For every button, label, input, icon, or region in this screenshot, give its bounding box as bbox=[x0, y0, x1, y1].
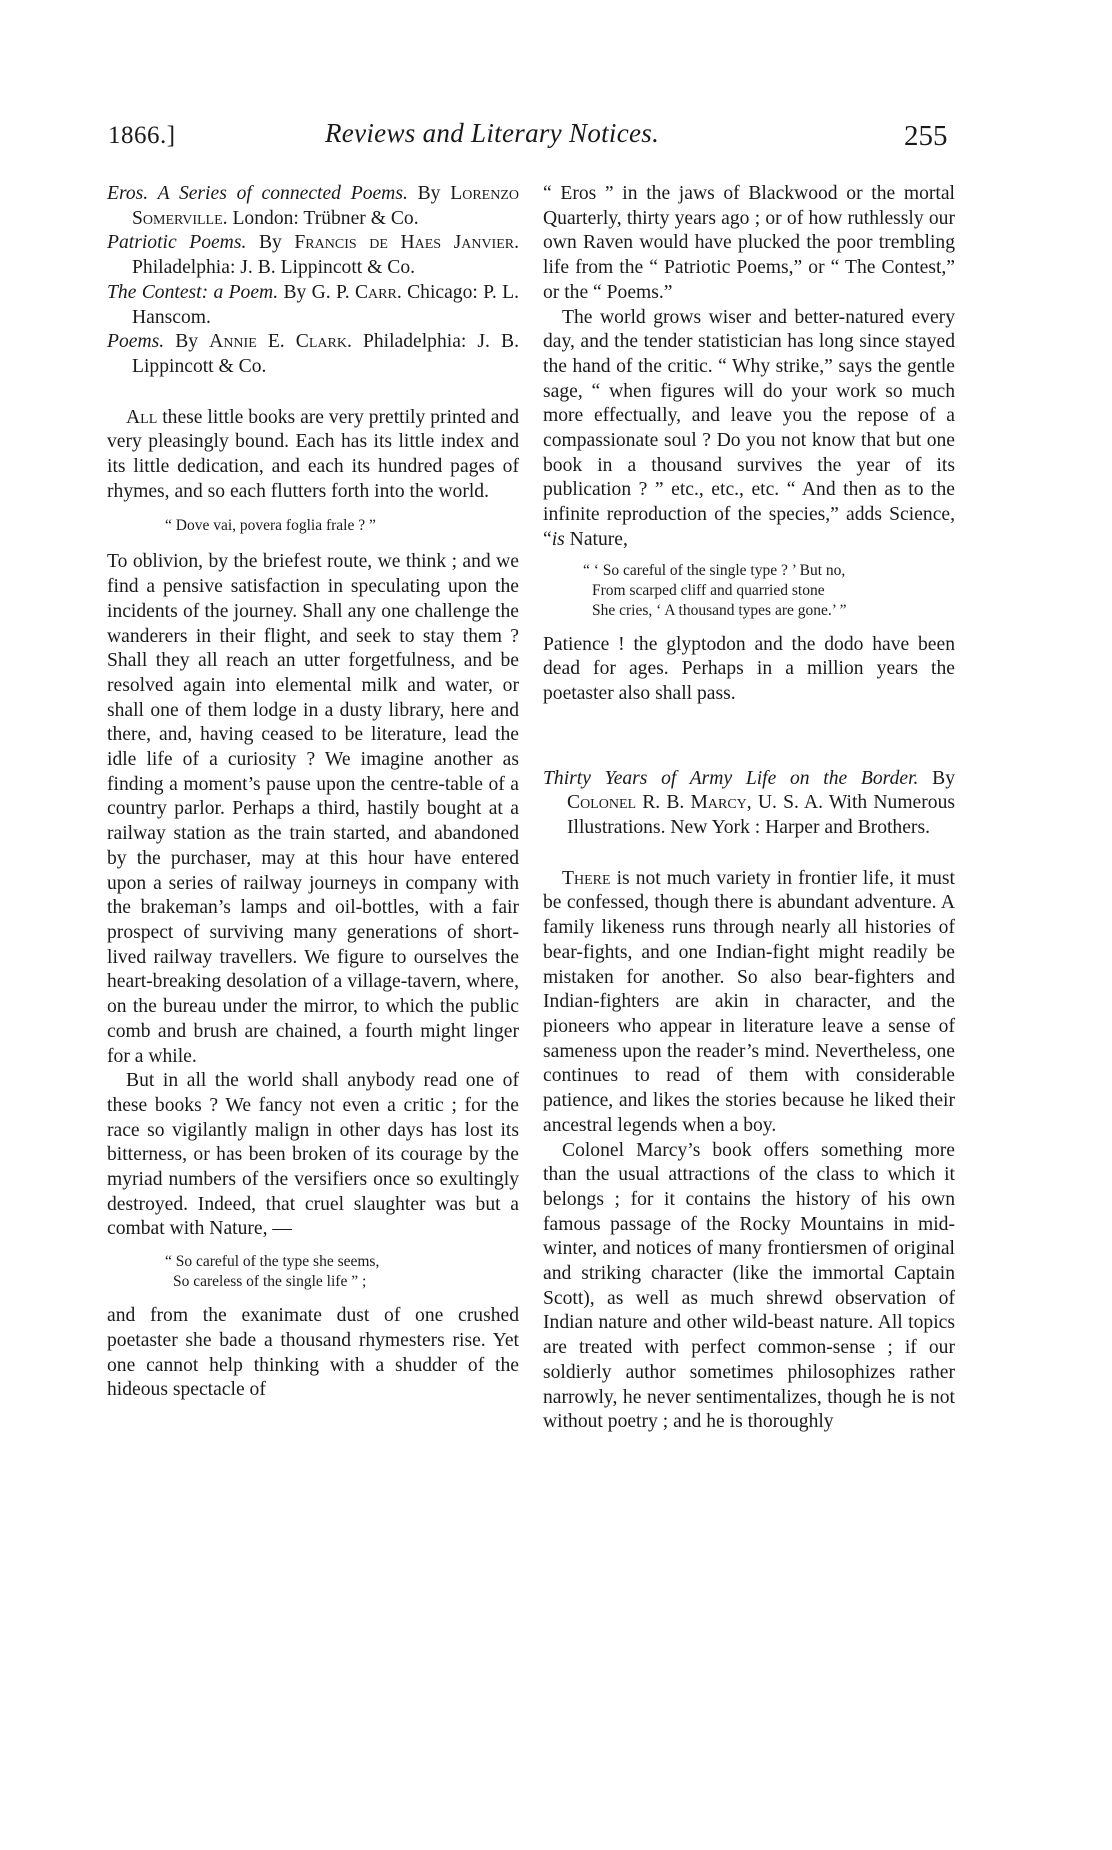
book-publisher: London: Trübner & Co. bbox=[232, 208, 418, 229]
book-author: Colonel R. B. Marcy, U. S. A. bbox=[567, 792, 823, 813]
book-author: Francis de Haes Janvier. bbox=[294, 232, 519, 253]
right-column: “ Eros ” in the jaws of Blackwood or the… bbox=[543, 182, 955, 1435]
verse-line: She cries, ‘ A thousand types are gone.’… bbox=[583, 601, 955, 621]
book-entry-patriotic-poems: Patriotic Poems. By Francis de Haes Janv… bbox=[107, 231, 519, 280]
book-title: Thirty Years of Army Life on the Border. bbox=[543, 768, 918, 789]
verse-line: So careless of the single life ” ; bbox=[165, 1272, 519, 1292]
book-publisher: Philadelphia: J. B. Lippincott & Co. bbox=[132, 257, 415, 278]
book-list: Eros. A Series of connected Poems. By Lo… bbox=[107, 182, 519, 380]
verse-line: “ ‘ So careful of the single type ? ’ Bu… bbox=[583, 561, 955, 581]
paragraph: But in all the world shall anybody read … bbox=[107, 1069, 519, 1242]
magazine-page: 1866.] Reviews and Literary Notices. 255… bbox=[0, 0, 1112, 1850]
epigraph: “ Dove vai, povera foglia frale ? ” bbox=[107, 516, 519, 536]
book-entry-thirty-years: Thirty Years of Army Life on the Border.… bbox=[543, 767, 955, 841]
book-entry-the-contest: The Contest: a Poem. By G. P. Carr. Chic… bbox=[107, 281, 519, 330]
spacer bbox=[543, 707, 955, 767]
book-title: The Contest: a Poem. bbox=[107, 282, 278, 303]
page-number: 255 bbox=[904, 120, 948, 153]
book-title: Poems. bbox=[107, 331, 164, 352]
paragraph: Patience ! the glyptodon and the dodo ha… bbox=[543, 633, 955, 707]
paragraph: Colonel Marcy’s book offers something mo… bbox=[543, 1139, 955, 1435]
book-author: Annie E. Clark. bbox=[209, 331, 352, 352]
paragraph: To oblivion, by the briefest route, we t… bbox=[107, 550, 519, 1069]
book-entry-eros: Eros. A Series of connected Poems. By Lo… bbox=[107, 182, 519, 231]
left-column: Eros. A Series of connected Poems. By Lo… bbox=[107, 182, 519, 1403]
paragraph: The world grows wiser and better-natured… bbox=[543, 306, 955, 553]
paragraph: and from the exanimate dust of one crush… bbox=[107, 1304, 519, 1403]
verse-line: From scarped cliff and quarried stone bbox=[583, 581, 955, 601]
running-head-year: 1866.] bbox=[108, 122, 176, 150]
book-entry-poems: Poems. By Annie E. Clark. Philadelphia: … bbox=[107, 330, 519, 379]
running-head-title: Reviews and Literary Notices. bbox=[325, 118, 659, 149]
book-author: G. P. Carr. bbox=[312, 282, 402, 303]
book-title: Patriotic Poems. bbox=[107, 232, 246, 253]
verse-quote: “ ‘ So careful of the single type ? ’ Bu… bbox=[543, 561, 955, 621]
paragraph: There is not much variety in frontier li… bbox=[543, 867, 955, 1139]
paragraph: “ Eros ” in the jaws of Blackwood or the… bbox=[543, 182, 955, 306]
verse-quote: “ So careful of the type she seems, So c… bbox=[107, 1252, 519, 1292]
spacer bbox=[543, 841, 955, 867]
spacer bbox=[107, 380, 519, 406]
verse-line: “ So careful of the type she seems, bbox=[165, 1252, 519, 1272]
paragraph: All these little books are very prettily… bbox=[107, 406, 519, 505]
book-title: Eros. A Series of connected Poems. bbox=[107, 183, 408, 204]
